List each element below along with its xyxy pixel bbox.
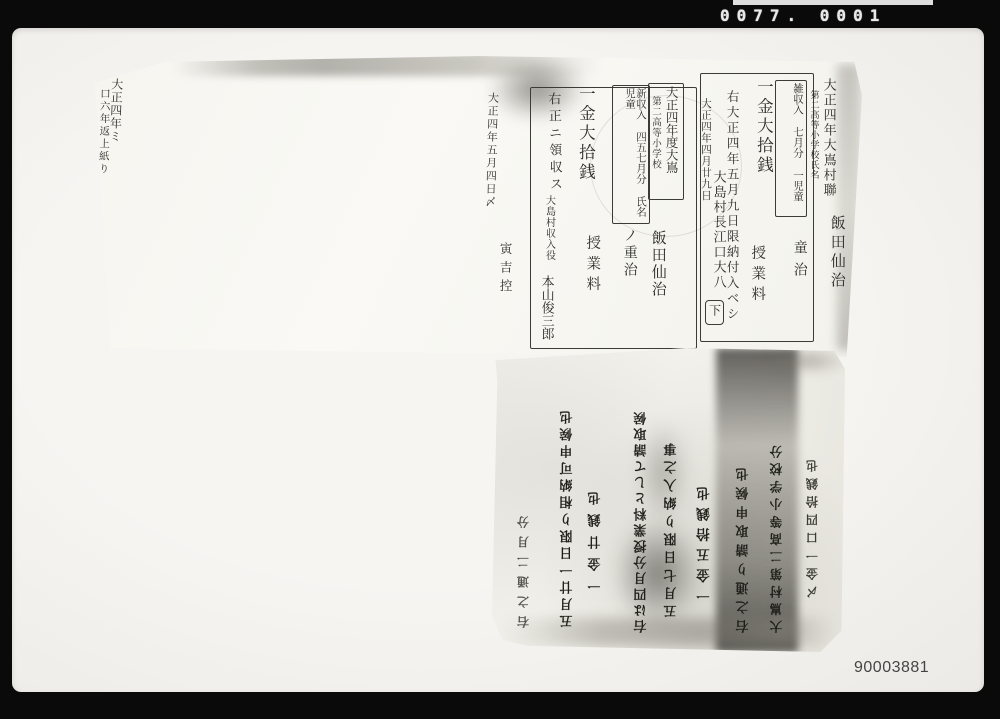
right-receipt-student-name: 飯田仙治 [829,215,845,310]
left-receipt-header-school: 第二高等小学校 [650,96,660,196]
microfilm-frame: 0077. 0001 大正四年ミ 口六年返上紙り 大正四年度大嶌 第二高等小学校… [0,0,1000,719]
left-receipt-outside-date: 大正四年五月四日〆 [483,92,499,247]
catalog-number: 90003881 [854,659,929,677]
left-receipt-header-year: 大正四年度大嶌 [665,86,678,194]
rotated-note-column: 右は四月分授業料として請取候 [635,378,649,633]
right-receipt-mayor: 大島村長江口大八 [711,170,725,300]
rotated-note-column: 〆金一口四拾銭也 [806,363,819,598]
lower-document: 右之通二月分 五月廿一日限り相納可申候也 一金廿銭也 右は四月分授業料として請取… [492,348,845,652]
right-receipt-header-year: 大正四年大嶌村聯 [821,78,835,218]
rotated-note-column: 右之通り請取申候也 [737,363,751,633]
right-receipt-income-column: 雑収入 七月分 一児童 [777,83,803,211]
rotated-note-column: 一金廿銭也 [589,393,603,593]
film-frame-counter: 0077. 0001 [720,6,886,25]
corner-note: 口六年返上紙り [97,88,110,208]
right-receipt-fee-label: 授業料 [749,245,764,325]
rotated-note-column: 右之通二月分 [517,388,530,628]
film-label-strip [733,0,933,5]
ink-stain [173,52,603,76]
right-receipt-amount: 一金大拾銭 [755,78,772,193]
left-receipt-student-name: 飯田仙治 [650,230,666,318]
right-receipt-header-school: 第二高等小学校氏名 [808,90,817,215]
left-receipt-payer-name: 本山俊三郎 [539,275,553,345]
right-receipt-date-column: 大正四年四月廿九日 [700,98,711,218]
left-receipt-amount: 一金大拾銭 [577,85,594,205]
left-receipt-income-column: 新収入 四五七月分 氏名児童 [614,88,646,218]
rotated-note-column: 五月七日限り納入之事 [665,373,679,618]
left-receipt-outside-name: 寅吉控 [499,242,512,332]
right-receipt-student-note: 童治 [792,240,807,310]
rotated-note-layer: 右之通二月分 五月廿一日限り相納可申候也 一金廿銭也 右は四月分授業料として請取… [492,348,845,652]
rotated-note-column: 一金五拾銭也 [698,398,712,603]
right-receipt-statement: 右大正四年五月九日限納付入ベシ [726,90,739,322]
upper-document: 大正四年ミ 口六年返上紙り 大正四年度大嶌 第二高等小学校 飯田仙治 新収入 四… [95,56,862,357]
photo-area: 大正四年ミ 口六年返上紙り 大正四年度大嶌 第二高等小学校 飯田仙治 新収入 四… [12,28,984,692]
rotated-note-column: 大嶌村第二高等小学校分 [770,358,783,633]
rotated-note-column: 五月廿一日限り相納可申候也 [561,373,575,628]
left-receipt-payer-office: 大島村収入役 [543,195,554,275]
left-receipt-fee-label: 授業料 [584,235,599,315]
right-receipt-seal-char: 下 [708,304,721,322]
left-receipt-student-note: ノ重治 [622,228,637,323]
